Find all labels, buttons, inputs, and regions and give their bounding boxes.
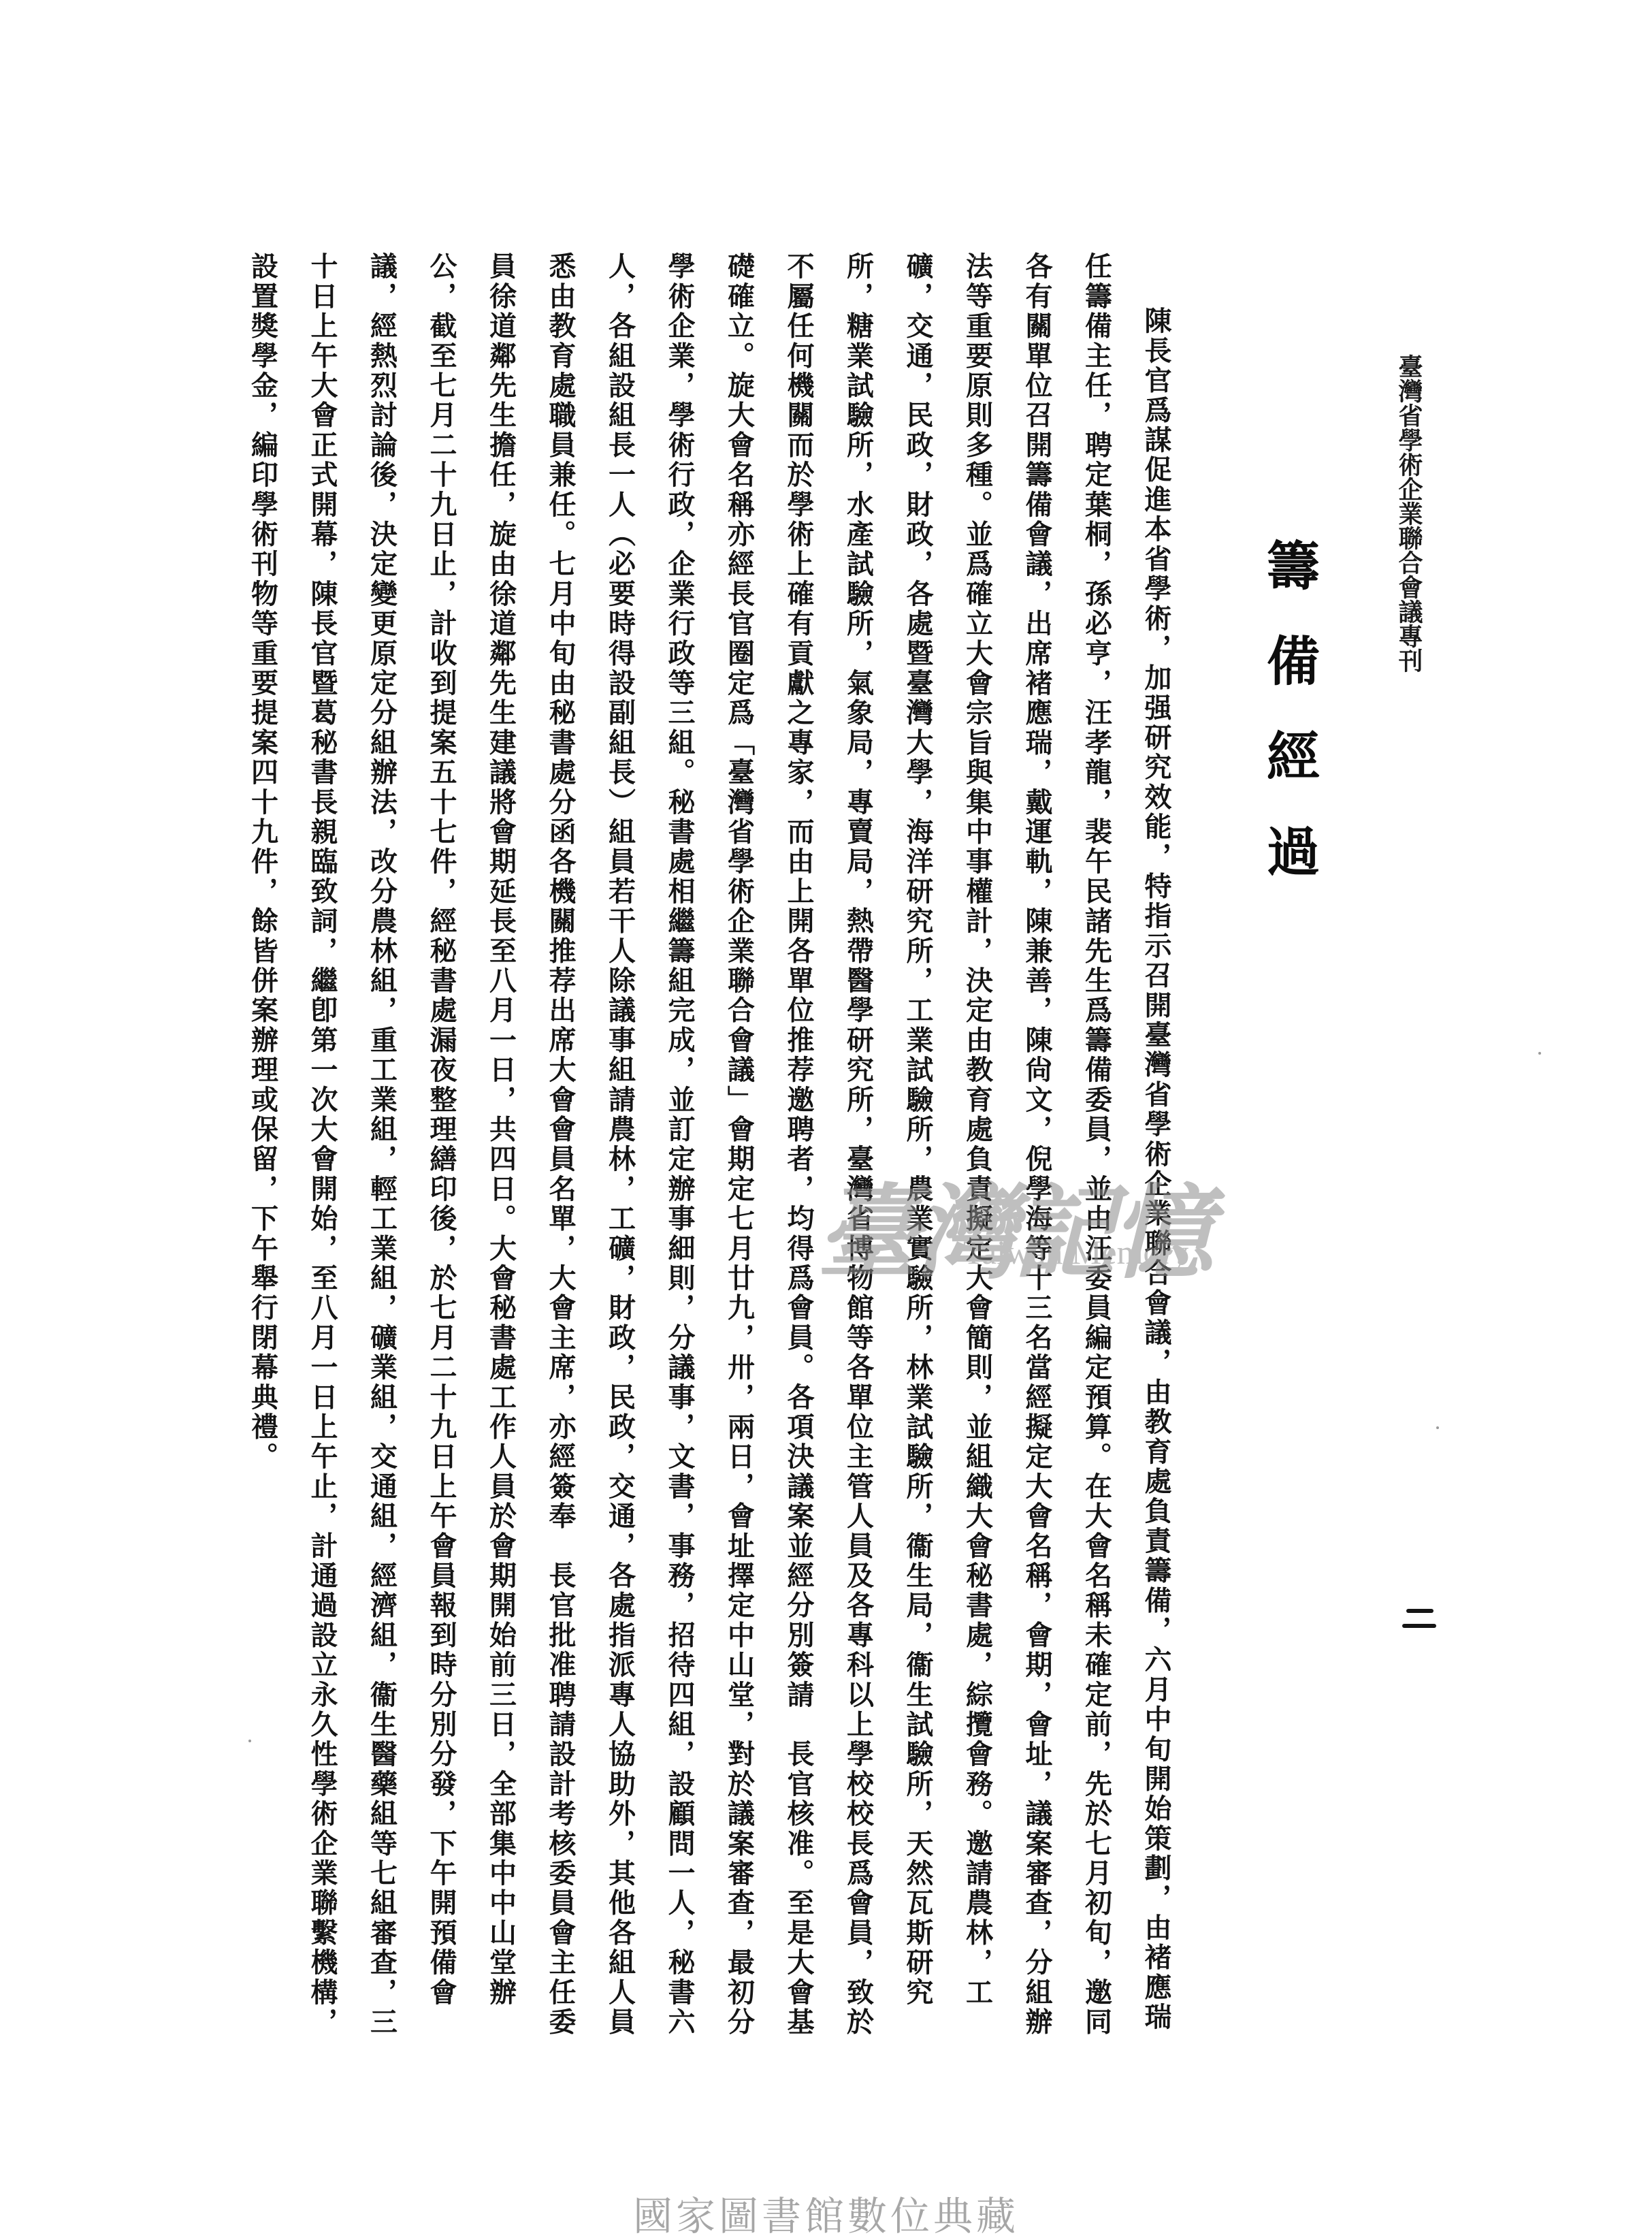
page-number: 二 (1402, 1603, 1438, 1633)
scan-speck (248, 1740, 251, 1742)
scanned-document-page: 臺灣省學術企業聯合會議專刊 二 籌備經過 陳長官爲謀促進本省學術，加强研究效能，… (0, 0, 1652, 2240)
page-number-stroke-bottom (1402, 1624, 1436, 1628)
body-text: 陳長官爲謀促進本省學術，加强研究效能，特指示召開臺灣省學術企業聯合會議，由教育處… (233, 252, 1186, 2039)
page-title: 籌備經過 (1258, 538, 1319, 919)
scan-speck (1436, 1426, 1439, 1429)
page-number-text: 二 (1402, 1603, 1403, 1604)
running-header: 臺灣省學術企業聯合會議專刊 (1394, 354, 1424, 673)
page-number-stroke-top (1406, 1609, 1434, 1613)
footer-collection-label: 國家圖書館數位典藏 (633, 2194, 1019, 2239)
scan-speck (1031, 848, 1034, 850)
body-paragraph: 陳長官爲謀促進本省學術，加强研究效能，特指示召開臺灣省學術企業聯合會議，由教育處… (233, 252, 1186, 2039)
scan-speck (1538, 1052, 1541, 1055)
